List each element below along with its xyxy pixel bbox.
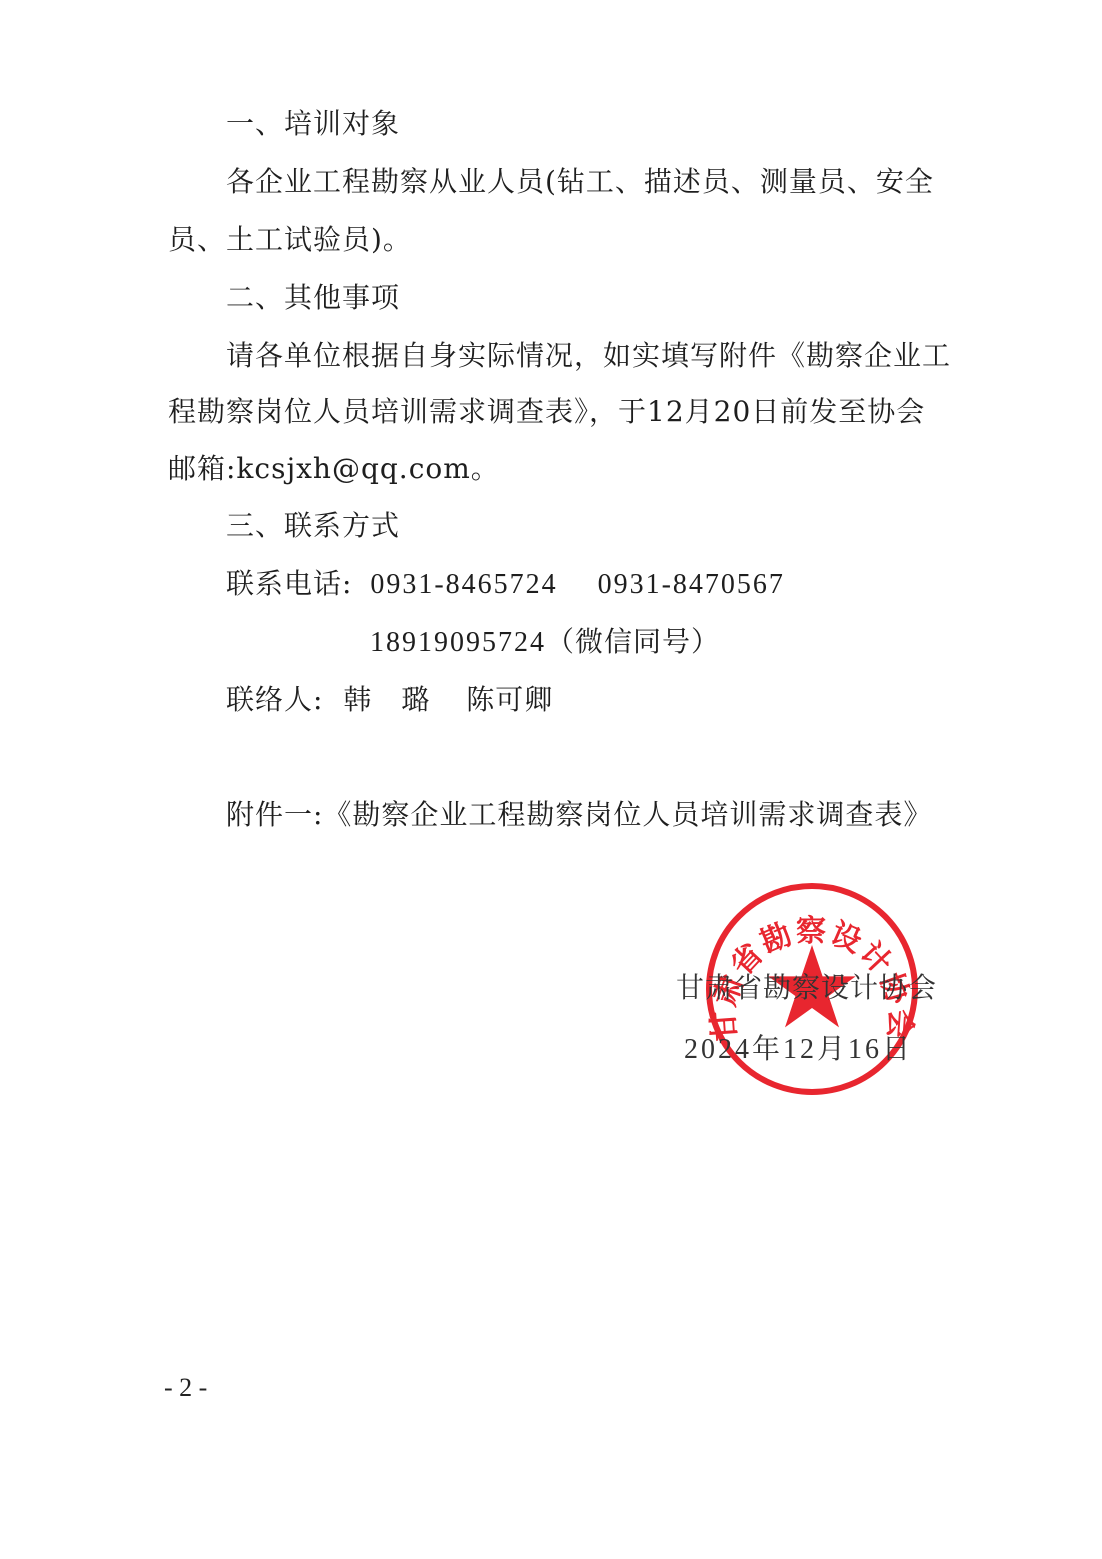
signature-organization: 甘肃省勘察设计协会 [676,968,937,1008]
signature-date: 2024年12月16日 [684,1030,913,1070]
section-heading-training-target: 一、培训对象 [226,104,400,144]
mobile-number: 18919095724 [370,627,546,658]
page-number: - 2 - [164,1370,207,1406]
mobile-note: （微信同号） [546,625,720,658]
section-heading-contact: 三、联系方式 [226,506,400,546]
phone-number-1: 0931-8465724 [370,569,557,600]
attachment-line: 附件一:《勘察企业工程勘察岗位人员培训需求调查表》 [226,795,932,835]
contact-label: 联络人: [226,683,323,716]
contact-person-1: 韩 璐 [343,683,430,716]
email-line: 邮箱:kcsjxh@qq.com。 [168,449,500,489]
phone-label: 联系电话: [226,567,352,600]
contact-person-2: 陈可卿 [466,683,553,716]
paragraph-line: 员、土工试验员)。 [168,220,412,260]
mobile-line: 18919095724（微信同号） [370,622,720,663]
phone-line: 联系电话: 0931-8465724 0931-8470567 [226,564,785,605]
paragraph-line: 请各单位根据自身实际情况，如实填写附件《勘察企业工 [226,336,951,376]
phone-number-2: 0931-8470567 [598,569,785,600]
paragraph-line: 程勘察岗位人员培训需求调查表》，于12月20日前发至协会 [168,392,925,432]
section-heading-other-matters: 二、其他事项 [226,278,400,318]
paragraph-line: 各企业工程勘察从业人员(钻工、描述员、测量员、安全 [226,162,934,202]
contact-person-line: 联络人: 韩 璐 陈可卿 [226,680,553,720]
